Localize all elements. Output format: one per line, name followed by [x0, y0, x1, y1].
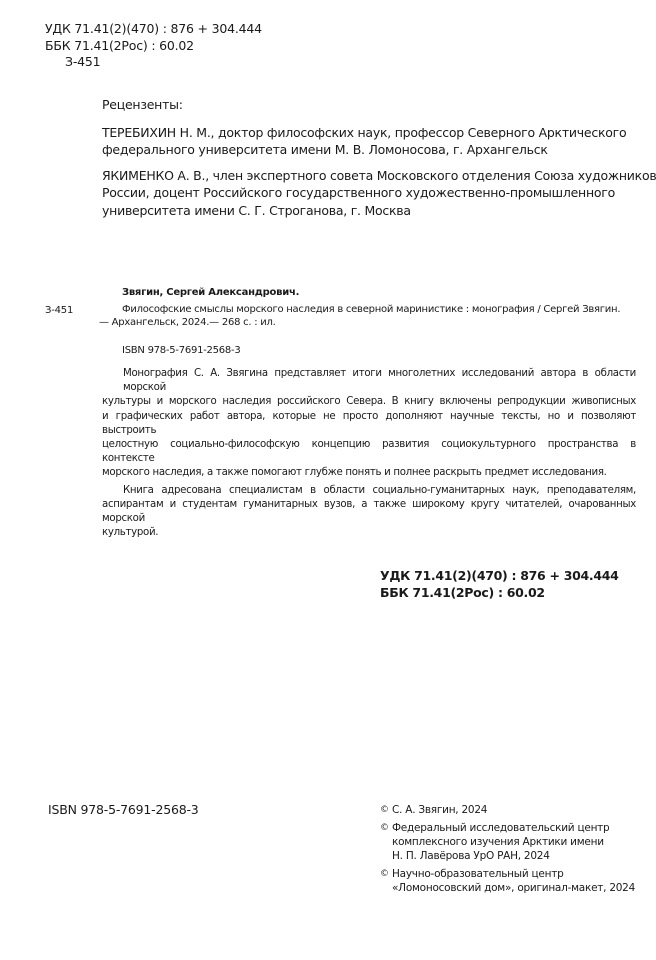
copyright-line: Научно-образовательный центр	[392, 867, 635, 881]
bbk-code: ББК 71.41(2Рос) : 60.02	[380, 585, 619, 602]
classification-header: УДК 71.41(2)(470) : 876 + 304.444 ББК 71…	[45, 21, 262, 71]
card-imprint: — Архангельск, 2024.— 268 с. : ил.	[99, 316, 638, 330]
card-title: Философские смыслы морского наследия в с…	[102, 303, 638, 317]
isbn: ISBN 978-5-7691-2568-3	[48, 802, 199, 817]
copyright-line: Н. П. Лавёрова УрО РАН, 2024	[392, 849, 635, 863]
copyright-block: © С. А. Звягин, 2024 © Федеральный иссле…	[380, 803, 635, 899]
reviewer-line: ЯКИМЕНКО А. В., член экспертного совета …	[102, 167, 642, 185]
reviewers-heading: Рецензенты:	[102, 96, 642, 114]
reviewer-entry: ТЕРЕБИХИН Н. М., доктор философских наук…	[102, 124, 642, 159]
reviewer-entry: ЯКИМЕНКО А. В., член экспертного совета …	[102, 167, 642, 220]
copyright-line: С. А. Звягин, 2024	[392, 803, 635, 817]
annotation-line: культурой.	[102, 526, 636, 540]
annotation-paragraph: Монография С. А. Звягина представляет ит…	[102, 367, 636, 481]
copyright-line: комплексного изучения Арктики имени	[392, 835, 635, 849]
udk-code: УДК 71.41(2)(470) : 876 + 304.444	[380, 568, 619, 585]
annotation-line: и графических работ автора, которые не п…	[102, 410, 636, 438]
annotation: Монография С. А. Звягина представляет ит…	[102, 367, 636, 540]
annotation-line: целостную социально-философскую концепци…	[102, 438, 636, 466]
udk-code: УДК 71.41(2)(470) : 876 + 304.444	[45, 21, 262, 38]
bibliographic-card: Звягин, Сергей Александрович. Философски…	[102, 286, 638, 357]
copyright-icon: ©	[380, 803, 389, 817]
card-author-code: З-451	[45, 304, 73, 317]
copyright-icon: ©	[380, 821, 389, 835]
annotation-line: аспирантам и студентам гуманитарных вузо…	[102, 498, 636, 526]
annotation-line: культуры и морского наследия российского…	[102, 395, 636, 409]
annotation-line: Монография С. А. Звягина представляет ит…	[102, 367, 636, 395]
reviewer-line: федерального университета имени М. В. Ло…	[102, 141, 642, 159]
reviewers-section: Рецензенты: ТЕРЕБИХИН Н. М., доктор фило…	[102, 96, 642, 227]
bbk-code: ББК 71.41(2Рос) : 60.02	[45, 38, 262, 55]
annotation-line: морского наследия, а также помогают глуб…	[102, 466, 636, 480]
classification-footer: УДК 71.41(2)(470) : 876 + 304.444 ББК 71…	[380, 568, 619, 601]
copyright-line: «Ломоносовский дом», оригинал-макет, 202…	[392, 881, 635, 895]
reviewer-line: ТЕРЕБИХИН Н. М., доктор философских наук…	[102, 124, 642, 142]
copyright-line: Федеральный исследовательский центр	[392, 821, 635, 835]
reviewer-line: России, доцент Российского государственн…	[102, 184, 642, 202]
author-code: З-451	[45, 54, 262, 71]
copyright-entry: © Федеральный исследовательский центр ко…	[380, 821, 635, 863]
copyright-entry: © Научно-образовательный центр «Ломоносо…	[380, 867, 635, 895]
annotation-paragraph: Книга адресована специалистам в области …	[102, 484, 636, 541]
annotation-line: Книга адресована специалистам в области …	[102, 484, 636, 498]
copyright-entry: © С. А. Звягин, 2024	[380, 803, 635, 817]
card-isbn: ISBN 978-5-7691-2568-3	[102, 344, 638, 358]
card-author: Звягин, Сергей Александрович.	[102, 286, 638, 300]
reviewer-line: университета имени С. Г. Строганова, г. …	[102, 202, 642, 220]
copyright-icon: ©	[380, 867, 389, 881]
